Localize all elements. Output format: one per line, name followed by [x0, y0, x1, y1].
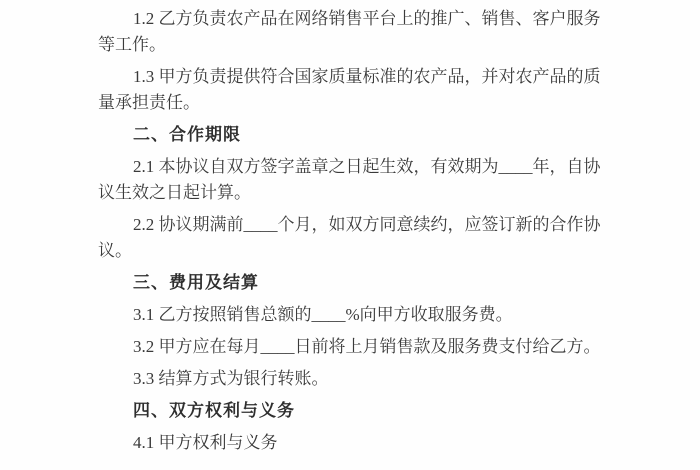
paragraph-clause-4-1: 4.1 甲方权利与义务: [98, 430, 588, 456]
section-heading-text: 三、费用及结算: [98, 270, 588, 296]
paragraph-clause-3-3: 3.3 结算方式为银行转账。: [98, 366, 588, 392]
heading-section-4-rights-obligations: 四、双方权利与义务: [98, 398, 588, 424]
paragraph-clause-3-2: 3.2 甲方应在每月____日前将上月销售款及服务费支付给乙方。: [98, 334, 588, 360]
clause-line: 1.2 乙方负责农产品在网络销售平台上的推广、销售、客户服务: [98, 6, 588, 32]
clause-line: 3.3 结算方式为银行转账。: [98, 366, 588, 392]
clause-line: 1.3 甲方负责提供符合国家质量标准的农产品，并对农产品的质: [98, 64, 588, 90]
section-heading-text: 四、双方权利与义务: [98, 398, 588, 424]
paragraph-clause-1-3: 1.3 甲方负责提供符合国家质量标准的农产品，并对农产品的质 量承担责任。: [98, 64, 588, 116]
heading-section-2-cooperation-term: 二、合作期限: [98, 122, 588, 148]
paragraph-clause-2-1: 2.1 本协议自双方签字盖章之日起生效，有效期为____年，自协 议生效之日起计…: [98, 154, 588, 206]
clause-line: 2.1 本协议自双方签字盖章之日起生效，有效期为____年，自协: [98, 154, 588, 180]
paragraph-clause-1-2: 1.2 乙方负责农产品在网络销售平台上的推广、销售、客户服务 等工作。: [98, 6, 588, 58]
clause-line: 量承担责任。: [98, 90, 588, 116]
paragraph-clause-2-2: 2.2 协议期满前____个月，如双方同意续约，应签订新的合作协 议。: [98, 212, 588, 264]
clause-line: 3.2 甲方应在每月____日前将上月销售款及服务费支付给乙方。: [98, 334, 588, 360]
clause-line: 3.1 乙方按照销售总额的____%向甲方收取服务费。: [98, 302, 588, 328]
section-heading-text: 二、合作期限: [98, 122, 588, 148]
document-page: 1.2 乙方负责农产品在网络销售平台上的推广、销售、客户服务 等工作。 1.3 …: [0, 0, 700, 470]
clause-line: 等工作。: [98, 32, 588, 58]
clause-line: 4.1 甲方权利与义务: [98, 430, 588, 456]
paragraph-clause-3-1: 3.1 乙方按照销售总额的____%向甲方收取服务费。: [98, 302, 588, 328]
clause-line: 议生效之日起计算。: [98, 180, 588, 206]
heading-section-3-fees-settlement: 三、费用及结算: [98, 270, 588, 296]
contract-text-block: 1.2 乙方负责农产品在网络销售平台上的推广、销售、客户服务 等工作。 1.3 …: [98, 6, 588, 456]
clause-line: 议。: [98, 238, 588, 264]
clause-line: 2.2 协议期满前____个月，如双方同意续约，应签订新的合作协: [98, 212, 588, 238]
